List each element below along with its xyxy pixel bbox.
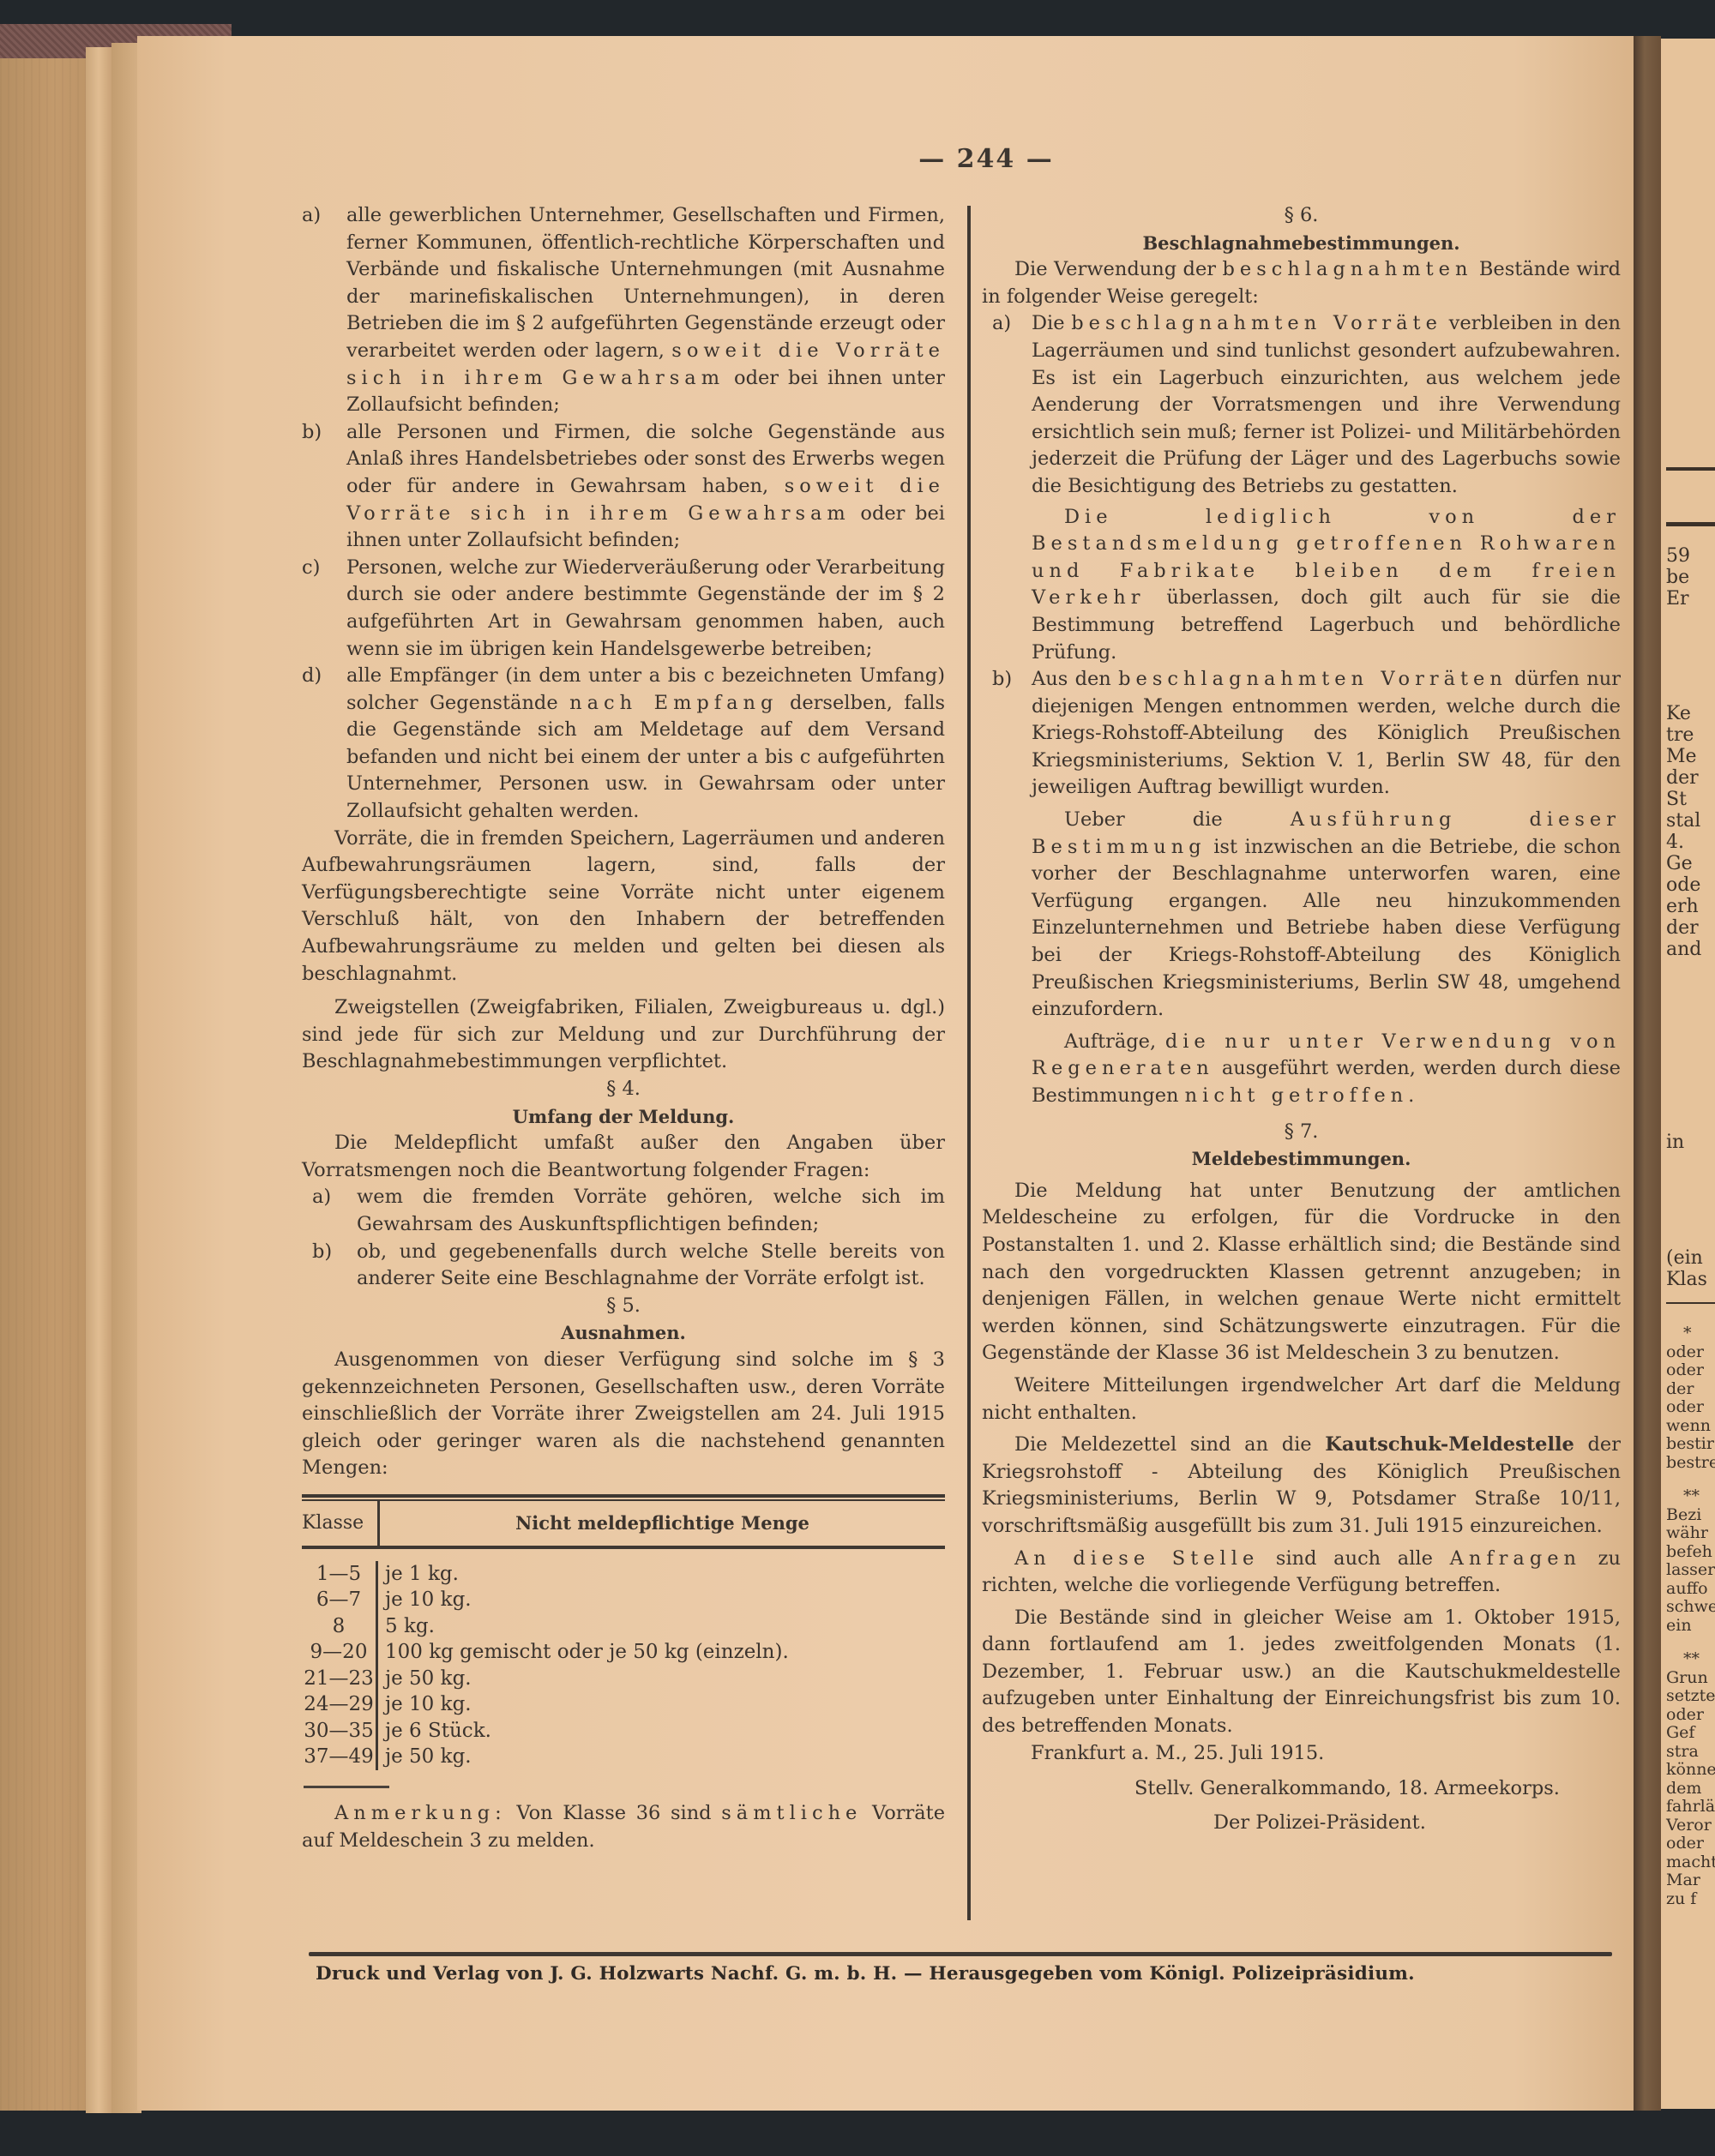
table-row: 30—35je 6 Stück. <box>302 1718 945 1745</box>
list-item-c: c) Personen, welche zur Wiederveräußerun… <box>302 555 945 663</box>
column-divider <box>967 206 971 1920</box>
list-item-b: b) alle Personen und Firmen, die solche … <box>302 419 945 555</box>
section-paragraph: Die Verwendung der beschlagnahmten Bestä… <box>982 256 1621 310</box>
table-row: 6—7je 10 kg. <box>302 1587 945 1613</box>
list-label: b) <box>302 419 322 447</box>
table-header: Klasse Nicht meldepflichtige Menge <box>302 1501 945 1549</box>
adjacent-fragment-block: 59 be Er <box>1666 467 1715 610</box>
section-paragraph: Die Meldepflicht umfaßt außer den Angabe… <box>302 1130 945 1184</box>
spaced-emphasis: nach Empfang <box>569 692 778 714</box>
section-paragraph: An diese Stelle sind auch alle Anfragen … <box>982 1546 1621 1600</box>
section-number: § 4. <box>302 1076 945 1103</box>
adjacent-fragment-block: ** Bezi währ befeh lasser auffo schwe ei… <box>1666 1487 1715 1635</box>
signature-polizei-praesident: Der Polizei-Präsident. <box>982 1810 1621 1837</box>
list-item-b: b) Aus den beschlagnahmten Vorräten dürf… <box>992 666 1621 802</box>
table-top-rule <box>302 1494 945 1501</box>
right-column: § 6. Beschlagnahmebestimmungen. Die Verw… <box>982 202 1621 1836</box>
section-paragraph: Die Bestände sind in gleicher Weise am 1… <box>982 1605 1621 1740</box>
paragraph-orders: Aufträge, die nur unter Verwendung von R… <box>1032 1029 1621 1110</box>
signature-generalkommando: Stellv. Generalkommando, 18. Armeekorps. <box>982 1775 1621 1803</box>
section-title: Meldebestimmungen. <box>982 1145 1621 1173</box>
list-item: b) ob, und gegebenenfalls durch welche S… <box>312 1239 945 1293</box>
page-fold <box>86 47 111 2113</box>
paragraph-execution: Ueber die Ausführung dieser Bestimmung i… <box>1032 807 1621 1024</box>
section-title: Umfang der Meldung. <box>302 1103 945 1131</box>
section-paragraph: Weitere Mitteilungen irgendwelcher Art d… <box>982 1372 1621 1426</box>
adjacent-fragment-block: ** Grun setzter oder Gef stra könne dem … <box>1666 1650 1715 1908</box>
emphasis-bold: Kautschuk-Meldestelle <box>1325 1433 1574 1456</box>
table-row: 24—29je 10 kg. <box>302 1691 945 1718</box>
adjacent-fragment-block: (ein Klas <box>1666 1247 1715 1304</box>
column-header-menge: Nicht meldepflichtige Menge <box>377 1501 945 1546</box>
list-label: a) <box>302 202 321 230</box>
page-number: — 244 — <box>888 144 1085 174</box>
adjacent-fragment-block: * oder oder der oder wenn bestir bestre <box>1666 1324 1715 1472</box>
column-header-klasse: Klasse <box>302 1510 377 1537</box>
adjacent-fragment-block: Ke tre Me der St stal 4. Ge ode erh der … <box>1666 703 1701 960</box>
list-label: c) <box>302 555 320 582</box>
table-row: 1—5je 1 kg. <box>302 1561 945 1588</box>
section-title: Beschlagnahmebestimmungen. <box>982 230 1621 257</box>
section-paragraph: Die Meldezettel sind an die Kautschuk-Me… <box>982 1432 1621 1540</box>
footer-rule <box>309 1952 1612 1956</box>
left-column: a) alle gewerblichen Unternehmer, Gesell… <box>302 202 945 1854</box>
list-label: d) <box>302 663 322 690</box>
scan-background-top <box>0 0 1715 41</box>
section-paragraph: Die Meldung hat unter Benutzung der amtl… <box>982 1178 1621 1367</box>
list-item-d: d) alle Empfänger (in dem unter a bis c … <box>302 663 945 826</box>
list-item-a: a) alle gewerblichen Unternehmer, Gesell… <box>302 202 945 419</box>
list-item: a) wem die fremden Vorräte gehören, welc… <box>312 1184 945 1238</box>
paragraph-foreign-storage: Vorräte, die in fremden Speichern, Lager… <box>302 826 945 988</box>
place-date: Frankfurt a. M., 25. Juli 1915. <box>982 1740 1621 1768</box>
section-number: § 6. <box>982 202 1621 230</box>
footnote-rule <box>304 1786 389 1788</box>
adjacent-fragment-line: in <box>1666 1132 1684 1153</box>
table-row: 85 kg. <box>302 1613 945 1640</box>
list-item-a: a) Die beschlagnahmten Vorräte verbleibe… <box>992 310 1621 666</box>
imprint: Druck und Verlag von J. G. Holzwarts Nac… <box>316 1963 1610 1985</box>
table-note: Anmerkung: Von Klasse 36 sind sämtliche … <box>302 1800 945 1854</box>
section-number: § 5. <box>302 1293 945 1320</box>
sub-paragraph: Die lediglich von der Bestandsmeldung ge… <box>1032 504 1621 667</box>
table-row: 37—49je 50 kg. <box>302 1744 945 1770</box>
scan-background-bottom <box>0 2109 1715 2156</box>
section-number: § 7. <box>982 1119 1621 1146</box>
table-body: 1—5je 1 kg. 6—7je 10 kg. 85 kg. 9—20100 … <box>302 1549 945 1770</box>
adjacent-page-fragment: 59 be Er Ke tre Me der St stal 4. Ge ode… <box>1661 39 1715 2109</box>
section-paragraph: Ausgenommen von dieser Verfügung sind so… <box>302 1347 945 1482</box>
table-row: 21—23je 50 kg. <box>302 1666 945 1692</box>
paragraph-branches: Zweigstellen (Zweigfabriken, Filialen, Z… <box>302 994 945 1076</box>
section-title: Ausnahmen. <box>302 1319 945 1347</box>
exemption-table: Klasse Nicht meldepflichtige Menge 1—5je… <box>302 1494 945 1770</box>
table-row: 9—20100 kg gemischt oder je 50 kg (einze… <box>302 1639 945 1666</box>
book-gutter <box>1634 36 1661 2111</box>
